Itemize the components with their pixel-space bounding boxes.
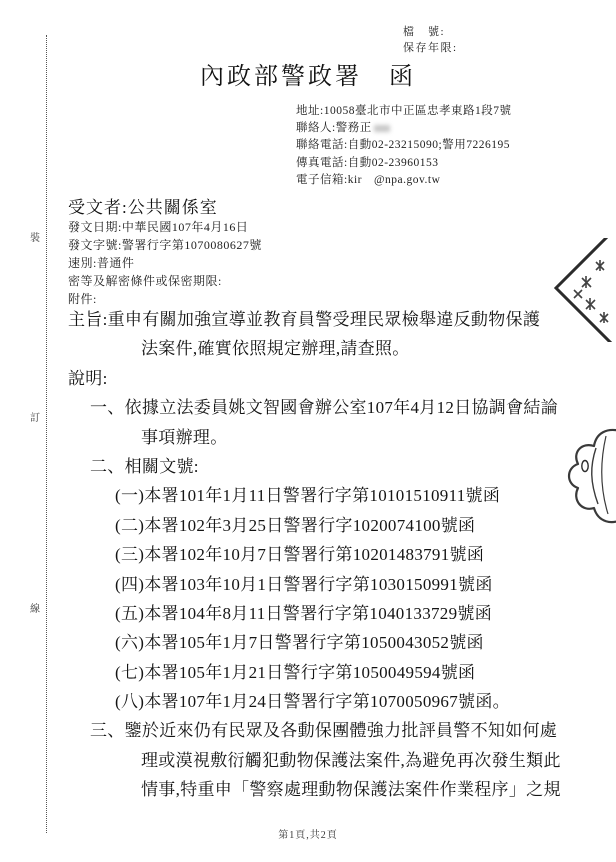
redaction-smudge [374, 125, 390, 132]
body-line: 一、依據立法委員姚文智國會辦公室107年4月12日協調會結論 [68, 393, 568, 422]
info-line: 地址:10058臺北市中正區忠孝東路1段7號 [296, 103, 511, 120]
info-line: 電子信箱:kir @npa.gov.tw [296, 172, 511, 189]
body-line: (五)本署104年8月11日警署行字第1040133729號函 [68, 599, 568, 628]
binding-mark-ding: 訂 [29, 407, 41, 426]
body-line: (四)本署103年10月1日警署行字第1030150991號函 [68, 570, 568, 599]
meta-line: 發文日期:中華民國107年4月16日 [68, 218, 262, 236]
binding-mark-xian: 線 [29, 598, 41, 617]
diagonal-stamp-seal-icon [552, 238, 616, 342]
body-line: 主旨:重申有關加強宣導並教育員警受理民眾檢舉違反動物保護 [68, 305, 568, 334]
body-line: 說明: [68, 364, 568, 393]
body-line: 事項辦理。 [68, 423, 568, 452]
body-line: (七)本署105年1月21日警行字第1050049594號函 [68, 658, 568, 687]
retention-period-label: 保存年限: [403, 40, 458, 56]
document-body: 主旨:重申有關加強宣導並教育員警受理民眾檢舉違反動物保護法案件,確實依照規定辦理… [68, 305, 568, 805]
document-title: 內政部警政署 函 [0, 56, 616, 91]
sender-info-block: 地址:10058臺北市中正區忠孝東路1段7號聯絡人:警務正聯絡電話:自動02-2… [296, 103, 511, 189]
info-line: 聯絡電話:自動02-23215090;警用7226195 [296, 137, 511, 154]
meta-line: 密等及解密條件或保密期限: [68, 272, 262, 290]
body-line: 法案件,確實依照規定辦理,請查照。 [68, 334, 568, 363]
info-line: 聯絡人:警務正 [296, 120, 511, 137]
binding-mark-zhuang: 裝 [29, 227, 41, 246]
body-line: (六)本署105年1月7日警署行字第1050043052號函 [68, 628, 568, 657]
archive-meta: 檔 號: 保存年限: [403, 24, 458, 56]
body-line: 二、相關文號: [68, 452, 568, 481]
body-line: (一)本署101年1月11日警署行字第10101510911號函 [68, 481, 568, 510]
body-line: (二)本署102年3月25日警署行字1020074100號函 [68, 511, 568, 540]
file-number-label: 檔 號: [403, 24, 458, 40]
page-number-footer: 第1頁,共2頁 [0, 826, 616, 841]
body-line: (八)本署107年1月24日警署行字第1070050967號函。 [68, 687, 568, 716]
binding-dotted-line [46, 35, 47, 833]
body-line: 三、鑒於近來仍有民眾及各動保團體強力批評員警不知如何處 [68, 716, 568, 745]
info-line: 傳真電話:自動02-23960153 [296, 155, 511, 172]
meta-line: 速別:普通件 [68, 254, 262, 272]
body-line: 理或漠視敷衍觸犯動物保護法案件,為避免再次發生類此 [68, 746, 568, 775]
recipient-line: 受文者:公共關係室 [68, 193, 218, 218]
body-line: 情事,特重申「警察處理動物保護法案件作業程序」之規 [68, 775, 568, 804]
body-line: (三)本署102年10月7日警署行第10201483791號函 [68, 540, 568, 569]
scalloped-seal-icon [554, 422, 616, 530]
meta-line: 發文字號:警署行字第1070080627號 [68, 236, 262, 254]
document-page: 檔 號: 保存年限: 內政部警政署 函 地址:10058臺北市中正區忠孝東路1段… [0, 0, 616, 862]
dispatch-meta-block: 發文日期:中華民國107年4月16日發文字號:警署行字第1070080627號速… [68, 218, 262, 308]
